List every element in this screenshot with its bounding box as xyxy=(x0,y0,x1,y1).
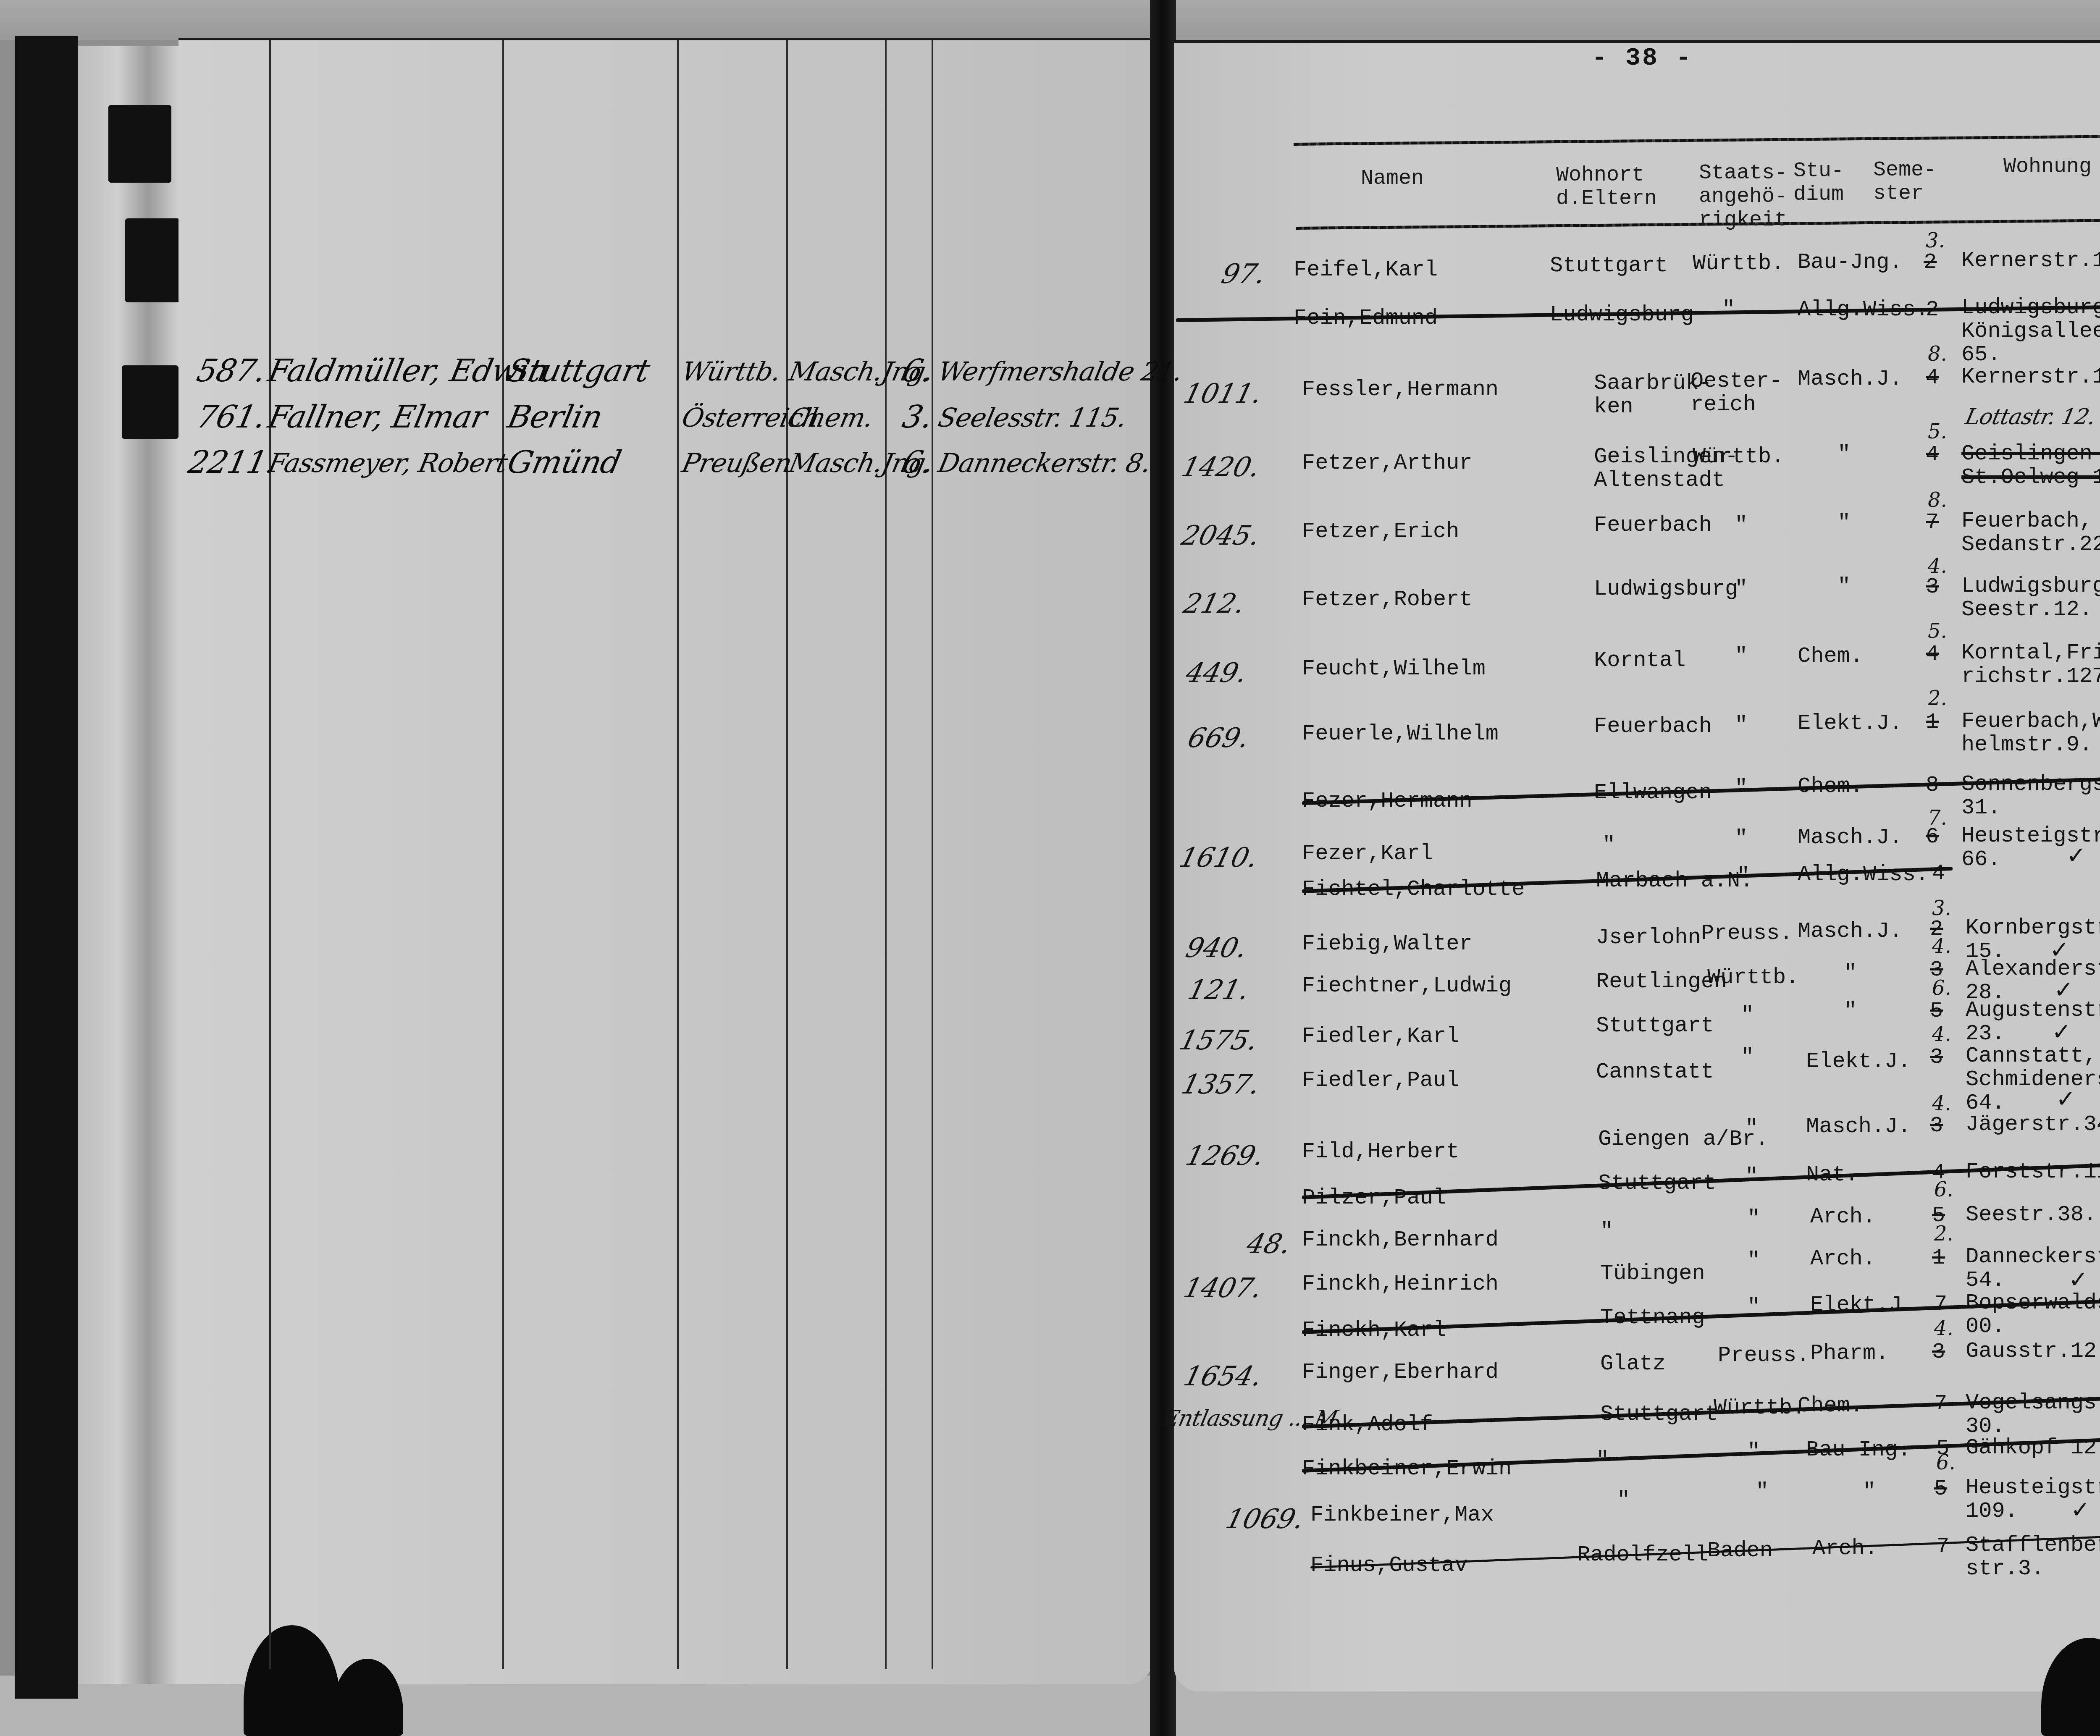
entry-wohnung: Danneckerstr. 8. xyxy=(935,448,1154,478)
entry-studium-ditto: " xyxy=(1837,575,1851,599)
entry-number: 2045. xyxy=(1179,524,1262,548)
index-tab xyxy=(125,218,180,302)
entry-staat: " xyxy=(1722,298,1735,322)
entry-staat-ditto: " xyxy=(1735,714,1748,737)
entry-name: Finger,Eberhard xyxy=(1302,1361,1499,1384)
entry-wohnort: Korntal xyxy=(1594,649,1685,672)
entry-number: 1654. xyxy=(1181,1365,1264,1388)
entry-number: 449. xyxy=(1184,661,1249,685)
entry-name: Feuerle,Wilhelm xyxy=(1302,722,1499,746)
column-rule xyxy=(932,40,933,1669)
entry-staat-ditto: " xyxy=(1747,1207,1760,1231)
entry-studium: Arch. xyxy=(1810,1205,1876,1229)
entry-name: Feucht,Wilhelm xyxy=(1302,657,1486,681)
entry-studium: Masch.J. xyxy=(1798,367,1903,391)
entry-number: 1069. xyxy=(1223,1508,1306,1531)
semester-old: 7 xyxy=(1934,1293,1947,1316)
entry-wohnung: Augustenstr. 23. xyxy=(1966,999,2100,1046)
entry-number: 1357. xyxy=(1179,1073,1262,1096)
semester-old: 6 xyxy=(1926,825,1939,849)
entry-wohnort: Stuttgart xyxy=(504,353,653,389)
semester-new: 3. xyxy=(1926,229,1945,252)
entry-number: 1407. xyxy=(1181,1277,1264,1300)
semester-old: 7 xyxy=(1926,511,1939,534)
semester-old: 4 xyxy=(1926,642,1939,666)
entry-studium: Masch.J. xyxy=(1798,826,1903,850)
entry-staat: Württb. xyxy=(1693,445,1784,469)
entry-staat-ditto: " xyxy=(1756,1480,1769,1504)
entry-number: 940. xyxy=(1184,936,1249,960)
semester-new: 5. xyxy=(1928,619,1947,643)
semester-new: 4. xyxy=(1932,1023,1951,1046)
semester-old: 3 xyxy=(1930,1114,1943,1138)
entry-wohnung: Werfmershalde 21. xyxy=(935,356,1185,387)
entry-staat: Württb. xyxy=(1707,966,1799,989)
entry-staat-ditto: " xyxy=(1747,1249,1760,1273)
left-book-cover xyxy=(15,36,78,1699)
entry-studium-ditto: " xyxy=(1844,999,1857,1023)
entry-studium-ditto: " xyxy=(1863,1480,1876,1504)
entry-studium-ditto: " xyxy=(1844,962,1857,985)
left-page xyxy=(178,38,1153,1684)
checkmark-icon: ✓ xyxy=(2098,1199,2100,1222)
entry-name: Fiechtner,Ludwig xyxy=(1302,974,1512,998)
entry-wohnung: Korntal,Fried- richstr.127. xyxy=(1961,641,2100,688)
semester-old: 1 xyxy=(1932,1246,1945,1270)
entry-number: 97. xyxy=(1219,262,1268,286)
entry-number: 212. xyxy=(1181,592,1247,616)
semester-new: 2. xyxy=(1928,687,1947,710)
entry-staat: Preuss. xyxy=(1701,922,1793,945)
entry-studium: Elekt.J. xyxy=(1806,1050,1911,1073)
entry-studium: Chem. xyxy=(786,402,876,433)
entry-wohnung: Cannstatt, Schmidenerstr. 64. xyxy=(1966,1044,2100,1115)
entry-wohnung: Seelesstr. 115. xyxy=(935,402,1129,433)
semester-old: 7 xyxy=(1936,1535,1949,1558)
entry-number: 587. xyxy=(194,353,269,389)
column-rule xyxy=(786,40,788,1669)
entry-name: Fild,Herbert xyxy=(1302,1140,1459,1164)
entry-name: Fezer,Karl xyxy=(1302,842,1433,865)
book-gutter xyxy=(1150,0,1176,1736)
entry-name: Fetzer,Erich xyxy=(1302,520,1459,543)
entry-staat: Oester- reich xyxy=(1690,370,1782,417)
entry-staat-ditto: " xyxy=(1735,827,1748,851)
checkmark-icon: ✓ xyxy=(2052,1020,2071,1044)
semester-old: 4 xyxy=(1926,366,1939,390)
semester-old: 4 xyxy=(1932,862,1945,885)
semester-old: 5 xyxy=(1930,999,1943,1023)
entry-wohnung: Geislingen a. St.Oelweg 19. xyxy=(1961,442,2100,489)
entry-studium-ditto: " xyxy=(1837,443,1851,467)
entry-wohnung: Kernerstr.11. xyxy=(1961,365,2100,389)
index-tab xyxy=(122,365,178,439)
entry-wohnort: Giengen a/Br. xyxy=(1598,1128,1769,1151)
entry-wohnort: Stuttgart xyxy=(1596,1014,1714,1038)
entry-wohnung: Gausstr.12. xyxy=(1966,1340,2100,1363)
entry-studium: Arch. xyxy=(1810,1247,1876,1271)
entry-name: Finkbeiner,Max xyxy=(1310,1503,1494,1527)
entry-wohnung: Seestr.38. xyxy=(1966,1203,2097,1227)
entry-number: 48. xyxy=(1244,1233,1293,1256)
semester-old: 4 xyxy=(1926,443,1939,467)
entry-staat-ditto: " xyxy=(1735,577,1748,601)
entry-name: Fiebig,Walter xyxy=(1302,932,1473,956)
semester-old: 3 xyxy=(1930,1046,1943,1069)
entry-staat-ditto: " xyxy=(1741,1046,1754,1069)
semester-new: 6. xyxy=(1936,1451,1956,1474)
semester-new: 8. xyxy=(1928,488,1947,512)
semester-new: 6. xyxy=(1934,1178,1953,1201)
entry-number: 1269. xyxy=(1184,1144,1266,1168)
entry-number: 1575. xyxy=(1177,1029,1260,1052)
entry-wohnort: Glatz xyxy=(1600,1352,1666,1376)
semester-new: 2. xyxy=(1934,1222,1953,1246)
entry-wohnung: Kernerstr.14. xyxy=(1961,249,2100,273)
semester-old: 5 xyxy=(1934,1477,1947,1501)
semester-new: 6. xyxy=(1932,976,1951,1000)
entry-wohnort: Stuttgart xyxy=(1550,254,1668,278)
entry-wohnung: Ludwigsburg, Seestr.12. xyxy=(1961,574,2100,621)
entry-wohnung: Feuerbach, Sedanstr.22. xyxy=(1961,509,2100,556)
entry-studium: Masch.J. xyxy=(1798,920,1903,943)
column-rule xyxy=(269,40,271,1669)
entry-studium: Bau-Jng. xyxy=(1798,251,1903,274)
column-rule xyxy=(885,40,887,1669)
entry-staat: Preußen xyxy=(679,448,795,478)
entry-name: Finckh,Bernhard xyxy=(1302,1228,1499,1252)
entry-wohnung: Bopserwaldstr. 00. xyxy=(1966,1291,2100,1338)
entry-wohnort-ditto: " xyxy=(1602,834,1615,857)
column-rule xyxy=(502,40,504,1669)
entry-wohnort: Gmünd xyxy=(504,444,624,480)
entry-staat: Preuss. xyxy=(1718,1344,1809,1367)
entry-number: 2211. xyxy=(185,444,280,480)
entry-number: 121. xyxy=(1186,978,1251,1002)
entry-staat-ditto: " xyxy=(1735,645,1748,668)
entry-number: 1610. xyxy=(1177,846,1260,870)
entry-staat: Württb. xyxy=(1693,252,1784,275)
entry-name: Fassmeyer, Robert xyxy=(265,448,510,478)
entry-wohnort: Berlin xyxy=(504,399,606,435)
entry-wohnort-ditto: " xyxy=(1600,1220,1613,1243)
semester-new: 8. xyxy=(1928,342,1947,366)
semester-new: 4. xyxy=(1932,934,1951,958)
checkmark-icon: ✓ xyxy=(2068,1268,2088,1292)
entry-staat-ditto: " xyxy=(1735,514,1748,537)
checkmark-icon: ✓ xyxy=(2056,1088,2076,1111)
entry-studium: Masch.J. xyxy=(1806,1115,1911,1138)
checkmark-icon: ✓ xyxy=(2066,844,2086,868)
semester-new: 4. xyxy=(1934,1316,1953,1340)
semester-new: 5. xyxy=(1928,420,1947,443)
entry-staat-ditto: " xyxy=(1741,1004,1754,1027)
entry-wohnort: Cannstatt xyxy=(1596,1060,1714,1084)
entry-staat: Württb. xyxy=(679,356,784,387)
entry-number: 669. xyxy=(1186,726,1251,750)
semester-new: 4. xyxy=(1932,1092,1951,1115)
entry-number: 1420. xyxy=(1179,456,1262,479)
index-tab xyxy=(108,105,171,183)
semester-old: 1 xyxy=(1926,711,1939,734)
checkmark-icon: ✓ xyxy=(2071,1498,2090,1522)
entry-wohnung: Feuerbach,Wil- helmstr.9. xyxy=(1961,710,2100,757)
entry-staat-ditto: " xyxy=(1745,1117,1758,1141)
entry-name: Fetzer,Arthur xyxy=(1302,451,1473,475)
entry-wohnort: Jserlohn xyxy=(1596,926,1701,949)
entry-wohnort-ditto: " xyxy=(1617,1489,1630,1512)
entry-name: Fiedler,Paul xyxy=(1302,1069,1459,1092)
entry-studium: Chem. xyxy=(1798,645,1863,668)
entry-name: Finckh,Heinrich xyxy=(1302,1272,1499,1296)
entry-wohnort: Feuerbach xyxy=(1594,715,1712,738)
semester-old: 3 xyxy=(1932,1340,1945,1364)
column-rule xyxy=(677,40,679,1669)
semester-old: 2 xyxy=(1924,251,1937,274)
entry-name: Fessler,Hermann xyxy=(1302,378,1499,401)
entry-number: 1011. xyxy=(1181,382,1264,406)
entry-wohnort: Ludwigsburg xyxy=(1594,577,1738,601)
semester-old: 3 xyxy=(1926,575,1939,599)
entry-number: 761. xyxy=(194,399,269,435)
entry-wohnort: Tübingen xyxy=(1600,1262,1705,1285)
register-table: 97. Feifel,Karl Stuttgart Württb. Bau-Jn… xyxy=(1176,0,2100,1736)
entry-name: Fallner, Elmar xyxy=(265,399,490,435)
entry-name: Feifel,Karl xyxy=(1294,258,1438,282)
entry-name: Fiedler,Karl xyxy=(1302,1025,1459,1048)
entry-name: Fetzer,Robert xyxy=(1302,588,1473,611)
entry-studium-ditto: " xyxy=(1837,511,1851,535)
entry-studium: Elekt.J. xyxy=(1798,712,1903,735)
entry-wohnung-new: Lottastr. 12. xyxy=(1963,405,2097,429)
entry-wohnung: Forststr.116. xyxy=(1966,1160,2100,1184)
entry-wohnung: Jägerstr.34. xyxy=(1966,1113,2100,1136)
entry-wohnort: Feuerbach xyxy=(1594,514,1712,537)
entry-studium: Pharm. xyxy=(1810,1342,1889,1365)
